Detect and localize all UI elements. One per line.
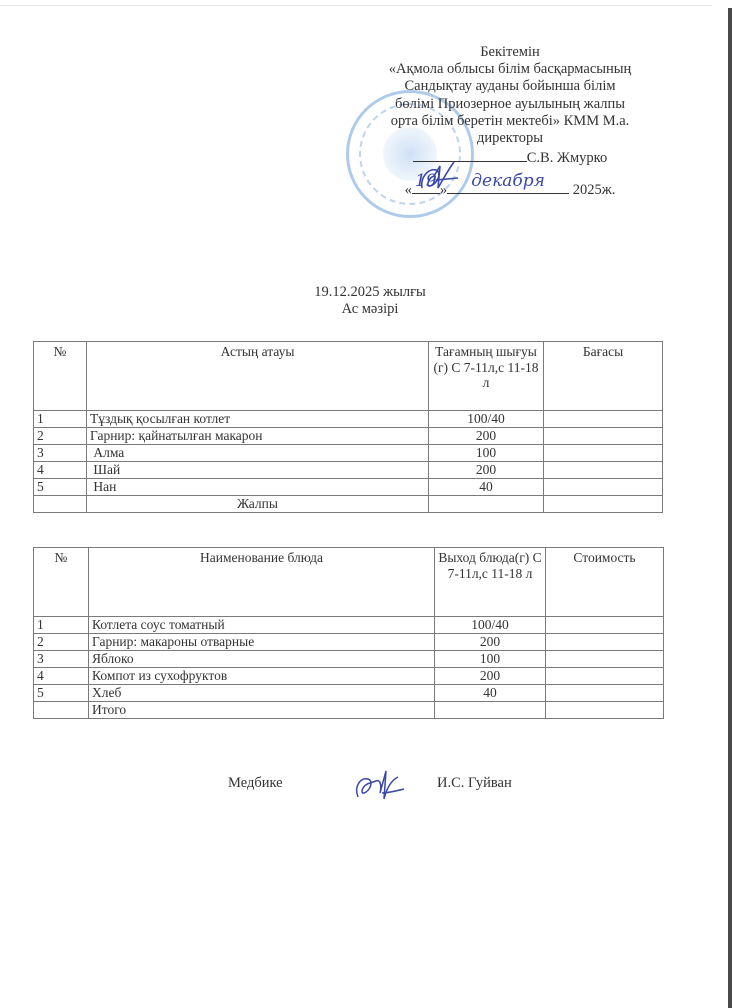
table-total-row: Итого [34, 702, 664, 719]
row-dish-name: Тұздық қосылған котлет [87, 411, 429, 428]
row-price [546, 685, 664, 702]
header-price: Бағасы [544, 342, 663, 411]
table-row: 5 Нан40 [34, 479, 663, 496]
total-label: Жалпы [87, 496, 429, 513]
scan-edge-line [0, 5, 712, 6]
approval-org-line-1: «Ақмола облысы білім басқармасының [340, 61, 680, 78]
table-row: 2Гарнир: қайнатылған макарон200 [34, 428, 663, 445]
row-portion: 200 [435, 668, 546, 685]
date-open-quote: « [405, 182, 412, 198]
row-price [544, 462, 663, 479]
row-portion: 200 [429, 462, 544, 479]
date-year: 2025ж. [573, 182, 616, 198]
row-portion: 200 [435, 634, 546, 651]
row-dish-name: Котлета соус томатный [89, 617, 435, 634]
table-row: 5Хлеб40 [34, 685, 664, 702]
header-dish-name: Астың атауы [87, 342, 429, 411]
table-row: 3Яблоко100 [34, 651, 664, 668]
approval-title: Бекітемін [340, 44, 680, 61]
row-number: 4 [34, 668, 89, 685]
approval-block: Бекітемін «Ақмола облысы білім басқармас… [340, 44, 680, 200]
approval-org-line-2: Сандықтау ауданы бойынша білім [340, 78, 680, 95]
table-row: 3 Алма100 [34, 445, 663, 462]
total-portion [429, 496, 544, 513]
table-total-row: Жалпы [34, 496, 663, 513]
date-month-handwritten: декабря [447, 173, 569, 190]
table-row: 1Тұздық қосылған котлет100/40 [34, 411, 663, 428]
row-dish-name: Гарнир: макароны отварные [89, 634, 435, 651]
row-number: 3 [34, 651, 89, 668]
table-row: 4Компот из сухофруктов200 [34, 668, 664, 685]
header-portion: Тағамның шығуы (г) С 7-11л,с 11-18 л [429, 342, 544, 411]
row-number: 2 [34, 428, 87, 445]
menu-title: Ас мәзірі [240, 301, 500, 318]
menu-heading: 19.12.2025 жылғы Ас мәзірі [240, 284, 500, 318]
row-portion: 200 [429, 428, 544, 445]
row-number: 5 [34, 685, 89, 702]
table-header-row: № Наименование блюда Выход блюда(г) С 7-… [34, 548, 664, 617]
row-price [544, 445, 663, 462]
table-row: 1Котлета соус томатный100/40 [34, 617, 664, 634]
row-portion: 40 [435, 685, 546, 702]
header-number: № [34, 548, 89, 617]
row-portion: 100/40 [435, 617, 546, 634]
row-number: 5 [34, 479, 87, 496]
nurse-role: Медбике [228, 775, 283, 792]
row-portion: 40 [429, 479, 544, 496]
scan-right-edge [728, 8, 732, 1008]
header-price: Стоимость [546, 548, 664, 617]
total-number [34, 496, 87, 513]
row-price [546, 651, 664, 668]
total-number [34, 702, 89, 719]
row-price [546, 617, 664, 634]
total-price [544, 496, 663, 513]
row-dish-name: Шай [87, 462, 429, 479]
row-price [546, 668, 664, 685]
row-price [544, 411, 663, 428]
row-number: 4 [34, 462, 87, 479]
total-portion [435, 702, 546, 719]
director-signature-icon [418, 160, 462, 194]
row-dish-name: Хлеб [89, 685, 435, 702]
approval-date-line: «19»декабря 2025ж. [340, 179, 680, 199]
row-price [544, 428, 663, 445]
date-month-field: декабря [447, 179, 569, 194]
row-price [544, 479, 663, 496]
row-portion: 100 [435, 651, 546, 668]
row-number: 2 [34, 634, 89, 651]
row-number: 1 [34, 411, 87, 428]
menu-date: 19.12.2025 жылғы [240, 284, 500, 301]
row-price [546, 634, 664, 651]
row-number: 3 [34, 445, 87, 462]
approval-org-line-4: орта білім беретін мектебі» КММ М.а. [340, 113, 680, 130]
approval-signer-line: С.В. Жмурко [340, 147, 680, 167]
row-portion: 100 [429, 445, 544, 462]
menu-table-russian: № Наименование блюда Выход блюда(г) С 7-… [33, 547, 664, 719]
menu-table-kazakh: № Астың атауы Тағамның шығуы (г) С 7-11л… [33, 341, 663, 513]
approval-signer: С.В. Жмурко [527, 150, 607, 166]
row-dish-name: Гарнир: қайнатылған макарон [87, 428, 429, 445]
approval-org-line-3: бөлімі Приозерное ауылының жалпы [340, 96, 680, 113]
table-row: 2Гарнир: макароны отварные200 [34, 634, 664, 651]
total-label: Итого [89, 702, 435, 719]
row-number: 1 [34, 617, 89, 634]
table-row: 4 Шай200 [34, 462, 663, 479]
total-price [546, 702, 664, 719]
header-dish-name: Наименование блюда [89, 548, 435, 617]
nurse-signature-icon [352, 763, 406, 803]
row-dish-name: Яблоко [89, 651, 435, 668]
header-portion: Выход блюда(г) С 7-11л,с 11-18 л [435, 548, 546, 617]
row-dish-name: Нан [87, 479, 429, 496]
row-portion: 100/40 [429, 411, 544, 428]
header-number: № [34, 342, 87, 411]
row-dish-name: Алма [87, 445, 429, 462]
approval-position: директоры [340, 130, 680, 147]
nurse-name: И.С. Гуйван [437, 775, 512, 792]
row-dish-name: Компот из сухофруктов [89, 668, 435, 685]
table-header-row: № Астың атауы Тағамның шығуы (г) С 7-11л… [34, 342, 663, 411]
